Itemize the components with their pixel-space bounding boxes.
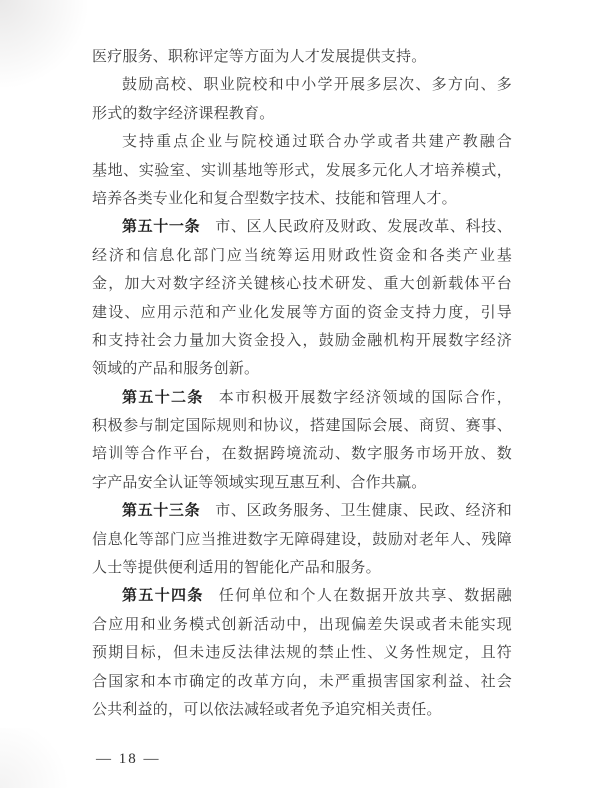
text-line: 预期目标，但未违反法律法规的禁止性、义务性规定，且符 [92,639,512,667]
text-line: 基地、实验室、实训基地等形式，发展多元化人才培养模式， [92,157,512,185]
text-line: 积极参与制定国际规则和协议，搭建国际会展、商贸、赛事、 [92,412,512,440]
text-line-content: 市、区政务服务、卫生健康、民政、经济和 [215,503,512,519]
article-heading: 第五十一条 [122,219,200,235]
text-line: 和支持社会力量加大资金投入，鼓励金融机构开展数字经济 [92,327,512,355]
document-body: 医疗服务、职称评定等方面为人才发展提供支持。鼓励高校、职业院校和中小学开展多层次… [92,43,512,724]
text-line-content: 市、区人民政府及财政、发展改革、科技、 [215,219,512,235]
text-line-content: 医疗服务、职称评定等方面为人才发展提供支持。 [92,49,426,65]
text-line: 金，加大对数字经济关键核心技术研发、重大创新载体平台 [92,270,512,298]
text-line-content: 金，加大对数字经济关键核心技术研发、重大创新载体平台 [92,276,512,292]
text-line: 领域的产品和服务创新。 [92,355,512,383]
text-line-content: 鼓励高校、职业院校和中小学开展多层次、多方向、多 [122,77,512,93]
text-line-content: 合应用和业务模式创新活动中，出现偏差失误或者未能实现 [92,617,512,633]
text-line-content: 本市积极开展数字经济领域的国际合作， [219,390,512,406]
article-heading: 第五十三条 [122,503,200,519]
text-line: 培养各类专业化和复合型数字技术、技能和管理人才。 [92,185,512,213]
text-line-content: 人士等提供便利适用的智能化产品和服务。 [92,560,381,576]
text-line: 合应用和业务模式创新活动中，出现偏差失误或者未能实现 [92,611,512,639]
text-line-content: 领域的产品和服务创新。 [92,361,259,377]
article-heading: 第五十二条 [122,390,204,406]
text-line: 字产品安全认证等领域实现互惠互利、合作共赢。 [92,469,512,497]
text-line-content: 培养各类专业化和复合型数字技术、技能和管理人才。 [92,191,457,207]
document-page: 医疗服务、职称评定等方面为人才发展提供支持。鼓励高校、职业院校和中小学开展多层次… [0,0,600,788]
text-line-content: 任何单位和个人在数据开放共享、数据融 [219,588,512,604]
text-line-content: 字产品安全认证等领域实现互惠互利、合作共赢。 [92,475,426,491]
text-line: 建设、应用示范和产业化发展等方面的资金支持力度，引导 [92,299,512,327]
text-line-content: 合国家和本市确定的改革方向，未严重损害国家利益、社会 [92,674,512,690]
text-line-content: 公共利益的，可以依法减轻或者免予追究相关责任。 [92,702,442,718]
text-line-content: 支持重点企业与院校通过联合办学或者共建产教融合 [122,134,512,150]
text-line: 合国家和本市确定的改革方向，未严重损害国家利益、社会 [92,668,512,696]
text-line: 培训等合作平台，在数据跨境流动、数字服务市场开放、数 [92,440,512,468]
text-line: 第五十一条市、区人民政府及财政、发展改革、科技、 [92,213,512,241]
text-line-content: 和支持社会力量加大资金投入，鼓励金融机构开展数字经济 [92,333,512,349]
text-line-content: 基地、实验室、实训基地等形式，发展多元化人才培养模式， [92,163,512,179]
article-heading: 第五十四条 [122,588,204,604]
text-line-content: 预期目标，但未违反法律法规的禁止性、义务性规定，且符 [92,645,512,661]
text-line: 支持重点企业与院校通过联合办学或者共建产教融合 [92,128,512,156]
text-line: 鼓励高校、职业院校和中小学开展多层次、多方向、多 [92,71,512,99]
scan-artifact-bottom-left [0,728,70,788]
text-line: 形式的数字经济课程教育。 [92,100,512,128]
text-line: 第五十三条市、区政务服务、卫生健康、民政、经济和 [92,497,512,525]
text-line-content: 经济和信息化部门应当统筹运用财政性资金和各类产业基 [92,248,512,264]
text-line-content: 形式的数字经济课程教育。 [92,106,274,122]
text-line: 信息化等部门应当推进数字无障碍建设，鼓励对老年人、残障 [92,526,512,554]
text-line-content: 积极参与制定国际规则和协议，搭建国际会展、商贸、赛事、 [92,418,512,434]
text-line: 人士等提供便利适用的智能化产品和服务。 [92,554,512,582]
text-line: 第五十二条本市积极开展数字经济领域的国际合作， [92,384,512,412]
text-line: 第五十四条任何单位和个人在数据开放共享、数据融 [92,582,512,610]
scan-artifact-top-left [0,0,90,90]
text-line-content: 建设、应用示范和产业化发展等方面的资金支持力度，引导 [92,305,512,321]
text-line-content: 信息化等部门应当推进数字无障碍建设，鼓励对老年人、残障 [92,532,512,548]
text-line-content: 培训等合作平台，在数据跨境流动、数字服务市场开放、数 [92,446,512,462]
text-line: 公共利益的，可以依法减轻或者免予追究相关责任。 [92,696,512,724]
page-number: — 18 — [96,751,161,768]
text-line: 经济和信息化部门应当统筹运用财政性资金和各类产业基 [92,242,512,270]
text-line: 医疗服务、职称评定等方面为人才发展提供支持。 [92,43,512,71]
